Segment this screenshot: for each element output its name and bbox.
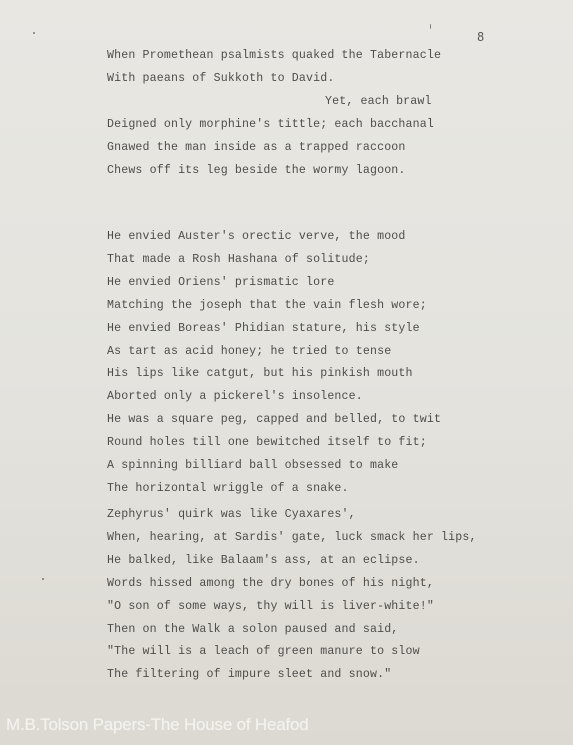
paper-speck bbox=[42, 578, 44, 580]
page-number: 8 bbox=[477, 30, 484, 44]
poem-line: Chews off its leg beside the wormy lagoo… bbox=[107, 164, 406, 177]
poem-line: Zephyrus' quirk was like Cyaxares', bbox=[107, 508, 356, 521]
poem-line: With paeans of Sukkoth to David. bbox=[107, 72, 334, 85]
poem-line: Yet, each brawl bbox=[325, 95, 432, 108]
poem-line: He envied Boreas' Phidian stature, his s… bbox=[107, 322, 420, 335]
poem-line: Gnawed the man inside as a trapped racco… bbox=[107, 141, 406, 154]
poem-line: As tart as acid honey; he tried to tense bbox=[107, 345, 391, 358]
poem-line: The filtering of impure sleet and snow." bbox=[107, 668, 391, 681]
poem-line: When Promethean psalmists quaked the Tab… bbox=[107, 49, 441, 62]
poem-line: He envied Oriens' prismatic lore bbox=[107, 276, 334, 289]
poem-line: When, hearing, at Sardis' gate, luck sma… bbox=[107, 531, 477, 544]
paper-speck bbox=[430, 24, 431, 29]
poem-line: Then on the Walk a solon paused and said… bbox=[107, 623, 398, 636]
poem-line: He envied Auster's orectic verve, the mo… bbox=[107, 230, 406, 243]
poem-line: "O son of some ways, thy will is liver-w… bbox=[107, 600, 434, 613]
paper-speck bbox=[33, 32, 35, 34]
poem-line: He balked, like Balaam's ass, at an ecli… bbox=[107, 554, 420, 567]
poem-line: "The will is a leach of green manure to … bbox=[107, 645, 420, 658]
archive-watermark: M.B.Tolson Papers-The House of Heafod bbox=[6, 715, 309, 735]
poem-line: A spinning billiard ball obsessed to mak… bbox=[107, 459, 398, 472]
poem-line: Matching the joseph that the vain flesh … bbox=[107, 299, 427, 312]
poem-line: Deigned only morphine's tittle; each bac… bbox=[107, 118, 434, 131]
poem-line: Aborted only a pickerel's insolence. bbox=[107, 390, 363, 403]
typewritten-page: 8 When Promethean psalmists quaked the T… bbox=[0, 0, 573, 745]
poem-line: Words hissed among the dry bones of his … bbox=[107, 577, 434, 590]
poem-line: His lips like catgut, but his pinkish mo… bbox=[107, 367, 413, 380]
poem-line: The horizontal wriggle of a snake. bbox=[107, 482, 349, 495]
poem-line: Round holes till one bewitched itself to… bbox=[107, 436, 427, 449]
poem-line: He was a square peg, capped and belled, … bbox=[107, 413, 441, 426]
poem-line: That made a Rosh Hashana of solitude; bbox=[107, 253, 370, 266]
